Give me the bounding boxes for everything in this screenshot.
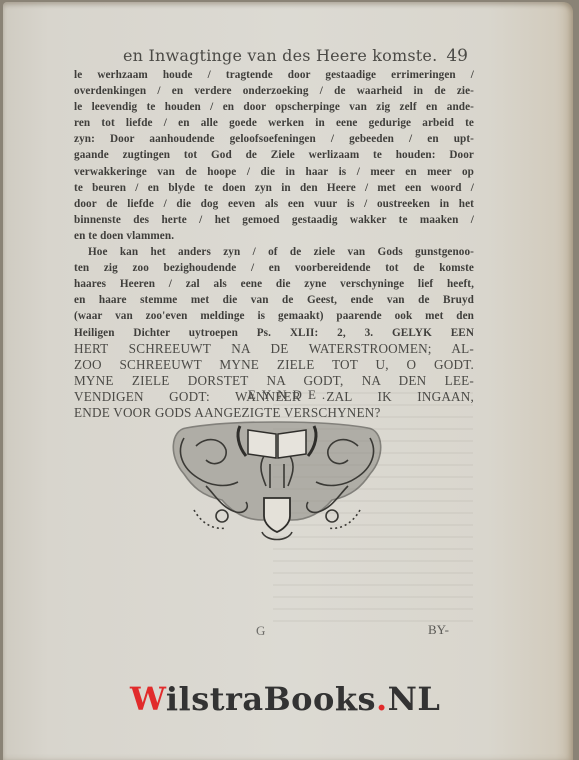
text-line: Hoe kan het anders zyn / of de ziele van… xyxy=(74,244,474,260)
text-line: gaande zugtingen tot God de Ziele werliz… xyxy=(74,147,474,163)
text-line: binnenste des herte / het gemoed gestaad… xyxy=(74,212,474,228)
text-line: door de liefde / die dog eeven als een v… xyxy=(74,196,474,212)
watermark-logo: WilstraBooks.NL xyxy=(130,680,440,718)
catchword: BY- xyxy=(428,622,449,638)
body-text: le werhzaam houde / tragtende door gesta… xyxy=(74,67,474,421)
text-line: le leevendig te houden / en door opscher… xyxy=(74,99,474,115)
text-line: Heiligen Dichter uytroepen Ps. XLII: 2, … xyxy=(74,325,474,341)
text-line: te beuren / en blyde te doen zyn in den … xyxy=(74,180,474,196)
page-number: 49 xyxy=(446,46,468,66)
text-line: ren tot liefde / en alle goede werken in… xyxy=(74,115,474,131)
text-line: verwakkeringe van de hoope / die in haar… xyxy=(74,164,474,180)
signature-mark: G xyxy=(256,623,265,639)
text-line-caps: ZOO SCHREEUWT MYNE ZIELE TOT U, O GODT. xyxy=(74,357,474,373)
ornamental-tailpiece-icon xyxy=(166,416,388,544)
text-line: (waar van zoo'even meldinge is gemaakt) … xyxy=(74,308,474,324)
watermark-dot: . xyxy=(376,680,388,718)
shield-icon xyxy=(264,498,290,532)
text-line: ten zig zoo bezighoudende / en voorberei… xyxy=(74,260,474,276)
watermark-first-letter: W xyxy=(130,680,166,718)
text-line: zyn: Door aanhoudende geloofsoefeningen … xyxy=(74,131,474,147)
text-line: overdenkingen / en verdere onderzoeking … xyxy=(74,83,474,99)
watermark-suffix: NL xyxy=(388,680,441,718)
book-page: en Inwagtinge van des Heere komste. 49 l… xyxy=(3,2,573,760)
eynde-heading: EYNDE. xyxy=(0,387,579,403)
running-header: en Inwagtinge van des Heere komste. 49 xyxy=(113,46,468,68)
text-line: le werhzaam houde / tragtende door gesta… xyxy=(74,67,474,83)
running-head-title: en Inwagtinge van des Heere komste. xyxy=(123,46,437,65)
text-line: en te doen vlammen. xyxy=(74,228,474,244)
watermark-name: ilstraBooks xyxy=(166,680,376,718)
text-line: en haare stemme met die van de Geest, en… xyxy=(74,292,474,308)
text-line-caps: HERT SCHREEUWT NA DE WATERSTROOMEN; AL- xyxy=(74,341,474,357)
text-line: haares Heeren / zal als eene die zyne ve… xyxy=(74,276,474,292)
